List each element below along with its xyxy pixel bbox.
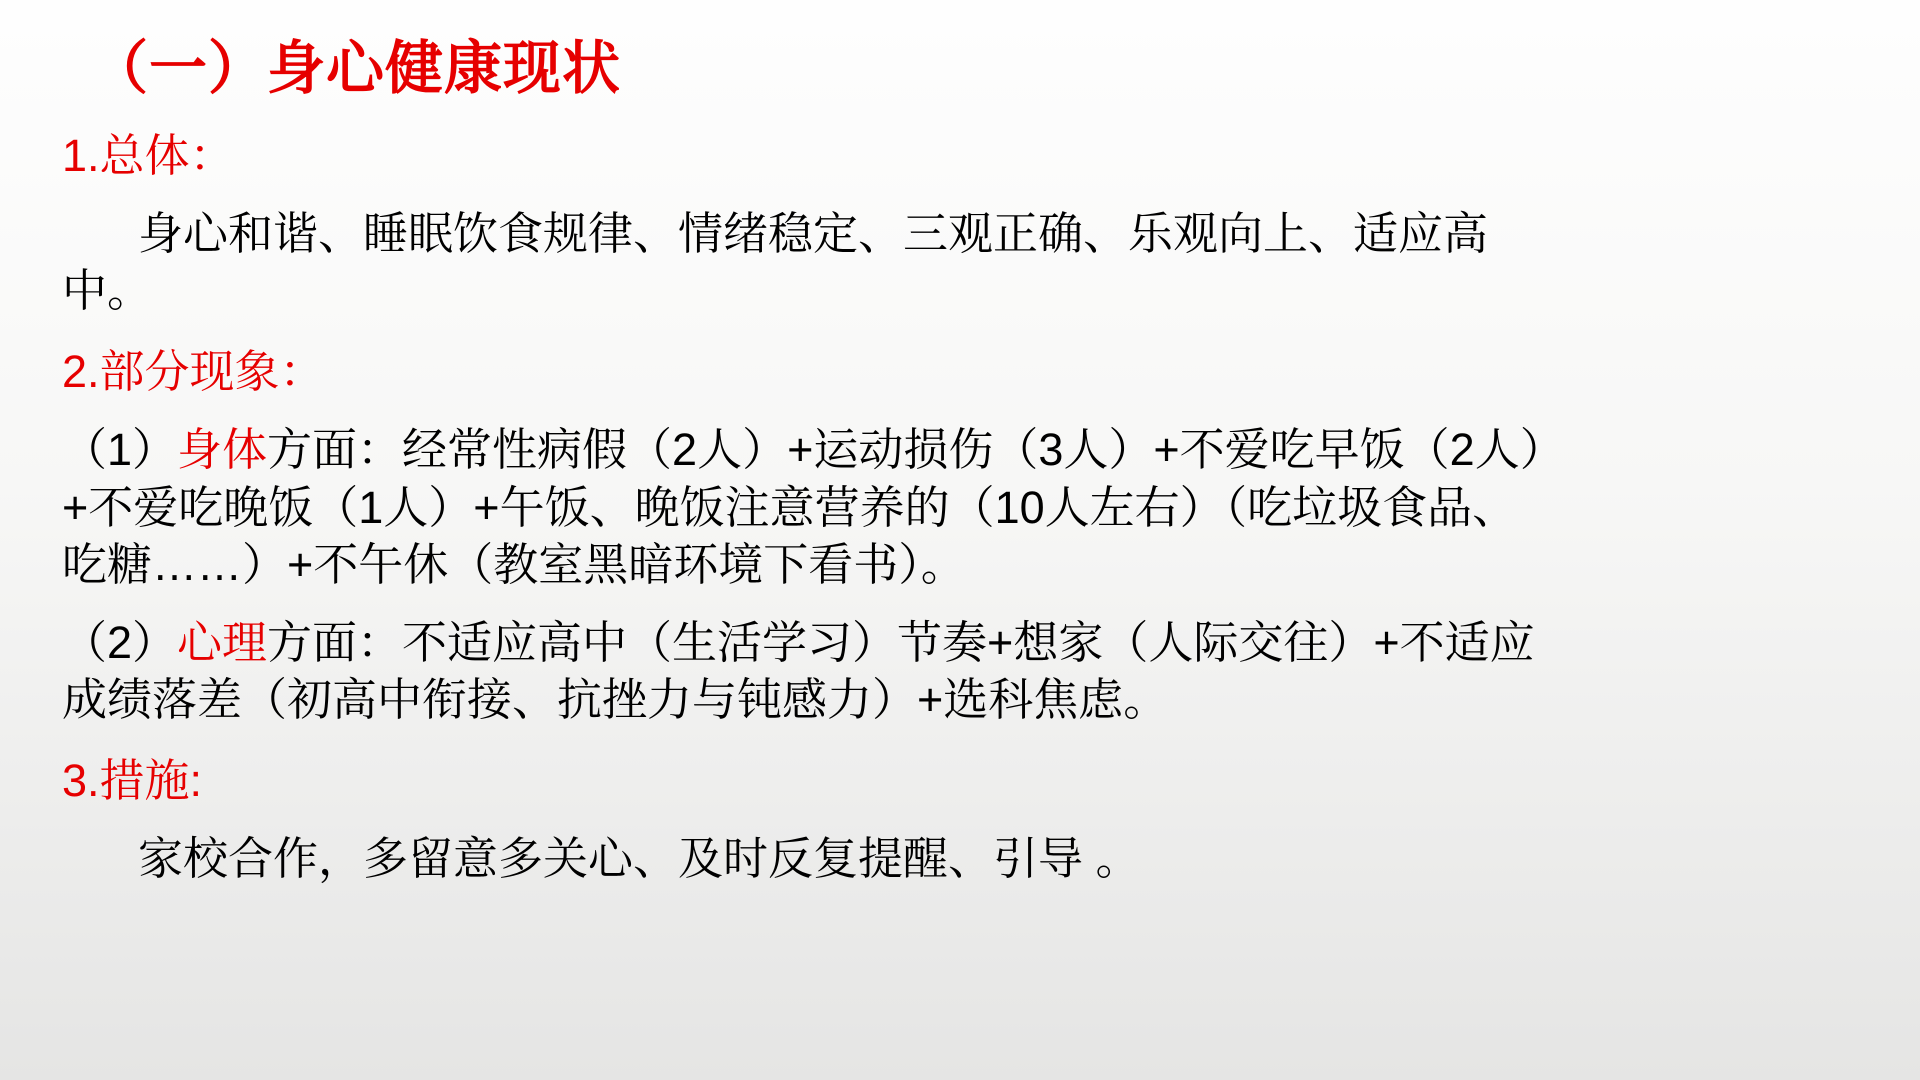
item-body-text: 方面：不适应高中（生活学习）节奏+想家（人际交往）+不适应成绩落差（初高中衔接、…	[62, 617, 1535, 725]
item-number-prefix: （1）	[62, 424, 177, 475]
slide: （一）身心健康现状 1.总体： 身心和谐、睡眠饮食规律、情绪稳定、三观正确、乐观…	[0, 0, 1920, 1080]
section-1-heading: 1.总体：	[62, 128, 1886, 184]
highlight-keyword-physical: 身体	[177, 424, 267, 475]
section-3-heading: 3.措施:	[62, 753, 1886, 809]
section-1-body: 身心和谐、睡眠饮食规律、情绪稳定、三观正确、乐观向上、适应高中。	[62, 205, 1552, 319]
section-2-heading: 2.部分现象：	[62, 344, 1886, 400]
highlight-keyword-psychological: 心理	[177, 617, 267, 668]
psychological-aspect-item: （2）心理方面：不适应高中（生活学习）节奏+想家（人际交往）+不适应成绩落差（初…	[62, 614, 1552, 728]
section-3-body: 家校合作，多留意多关心、及时反复提醒、引导 。	[62, 830, 1552, 887]
slide-title: （一）身心健康现状	[90, 36, 1886, 103]
item-body-text: 方面：经常性病假（2人）+运动损伤（3人）+不爱吃早饭（2人）+不爱吃晚饭（1人…	[62, 424, 1542, 589]
physical-aspect-item: （1）身体方面：经常性病假（2人）+运动损伤（3人）+不爱吃早饭（2人）+不爱吃…	[62, 421, 1552, 592]
item-number-prefix: （2）	[62, 617, 177, 668]
